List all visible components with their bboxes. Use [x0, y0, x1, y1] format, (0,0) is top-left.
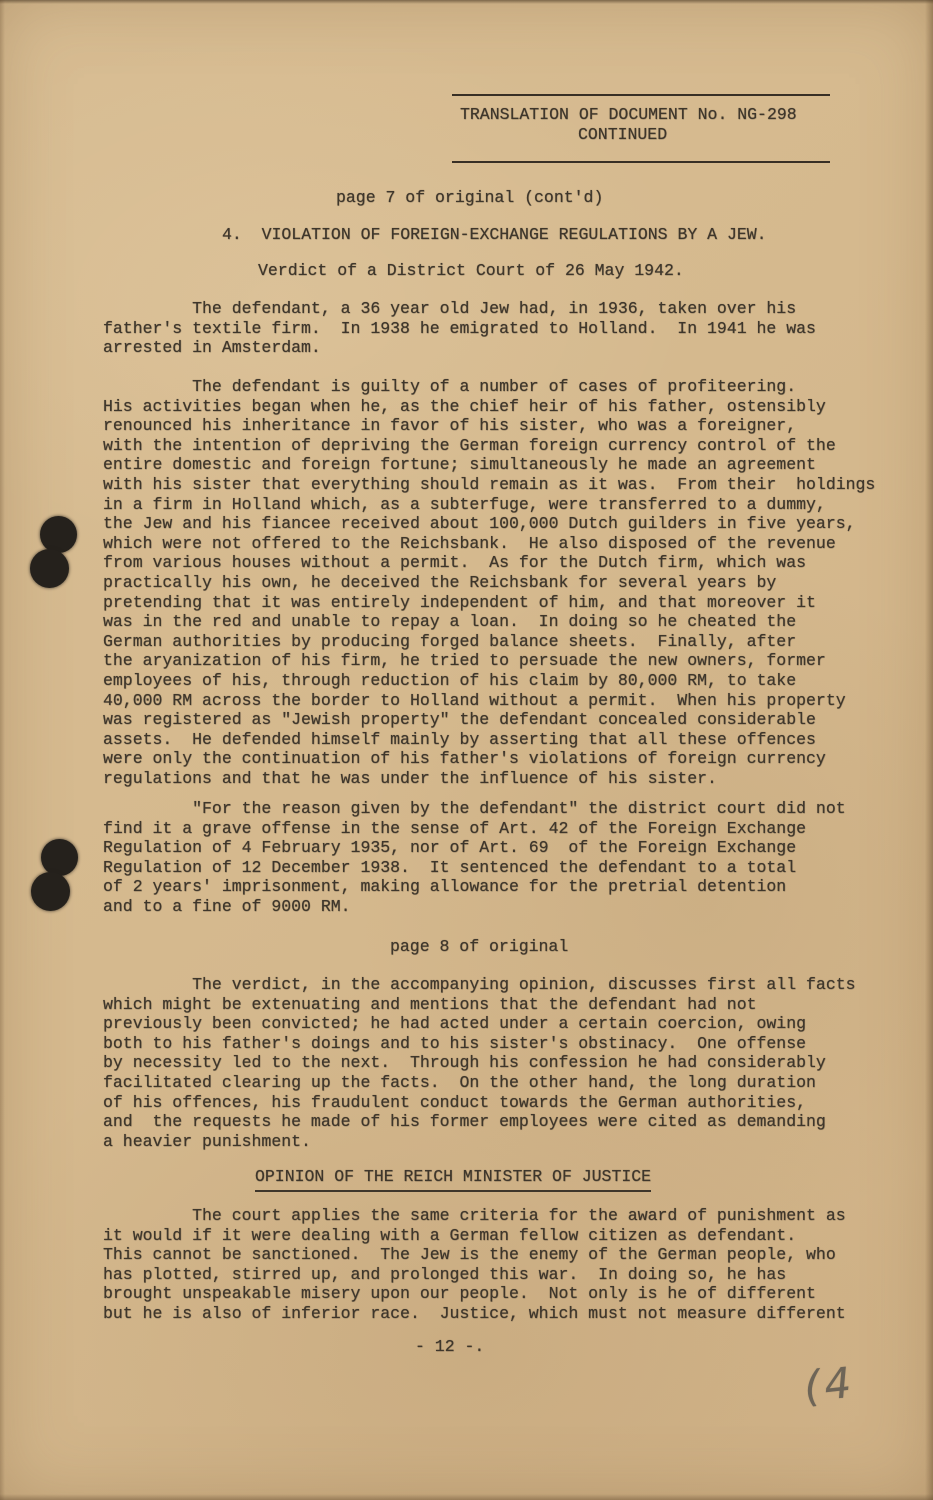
- page-number: - 12 -.: [415, 1337, 484, 1357]
- page8-subheading: page 8 of original: [390, 937, 568, 957]
- translation-stamp-box: TRANSLATION OF DOCUMENT No. NG-298 CONTI…: [452, 94, 830, 163]
- verdict-subheading: Verdict of a District Court of 26 May 19…: [258, 261, 684, 281]
- punch-hole-circle: [40, 516, 77, 553]
- paper-edge-bottom: [0, 1494, 933, 1500]
- paragraph-defendant-background: The defendant, a 36 year old Jew had, in…: [103, 299, 816, 358]
- punch-hole-circle: [41, 839, 78, 876]
- paragraph-sentence: "For the reason given by the defendant" …: [103, 799, 846, 917]
- paragraph-minister-opinion: The court applies the same criteria for …: [103, 1206, 846, 1324]
- stamp-title: TRANSLATION OF DOCUMENT No. NG-298: [452, 105, 830, 125]
- punch-hole-circle: [31, 872, 70, 911]
- section-heading: 4. VIOLATION OF FOREIGN-EXCHANGE REGULAT…: [222, 225, 767, 245]
- paper-edge-left: [0, 0, 5, 1500]
- paper-edge-right: [925, 0, 933, 1500]
- document-page: TRANSLATION OF DOCUMENT No. NG-298 CONTI…: [0, 0, 933, 1500]
- page7-subheading: page 7 of original (cont'd): [336, 188, 603, 208]
- punch-hole-circle: [30, 549, 69, 588]
- paragraph-charges: The defendant is guilty of a number of c…: [103, 377, 875, 788]
- paper-edge-top: [0, 0, 933, 4]
- paragraph-verdict-opinion: The verdict, in the accompanying opinion…: [103, 975, 856, 1151]
- opinion-heading: OPINION OF THE REICH MINISTER OF JUSTICE: [255, 1167, 651, 1192]
- stamp-continued-label: CONTINUED: [452, 125, 830, 145]
- handwritten-annotation: (4: [802, 1357, 858, 1411]
